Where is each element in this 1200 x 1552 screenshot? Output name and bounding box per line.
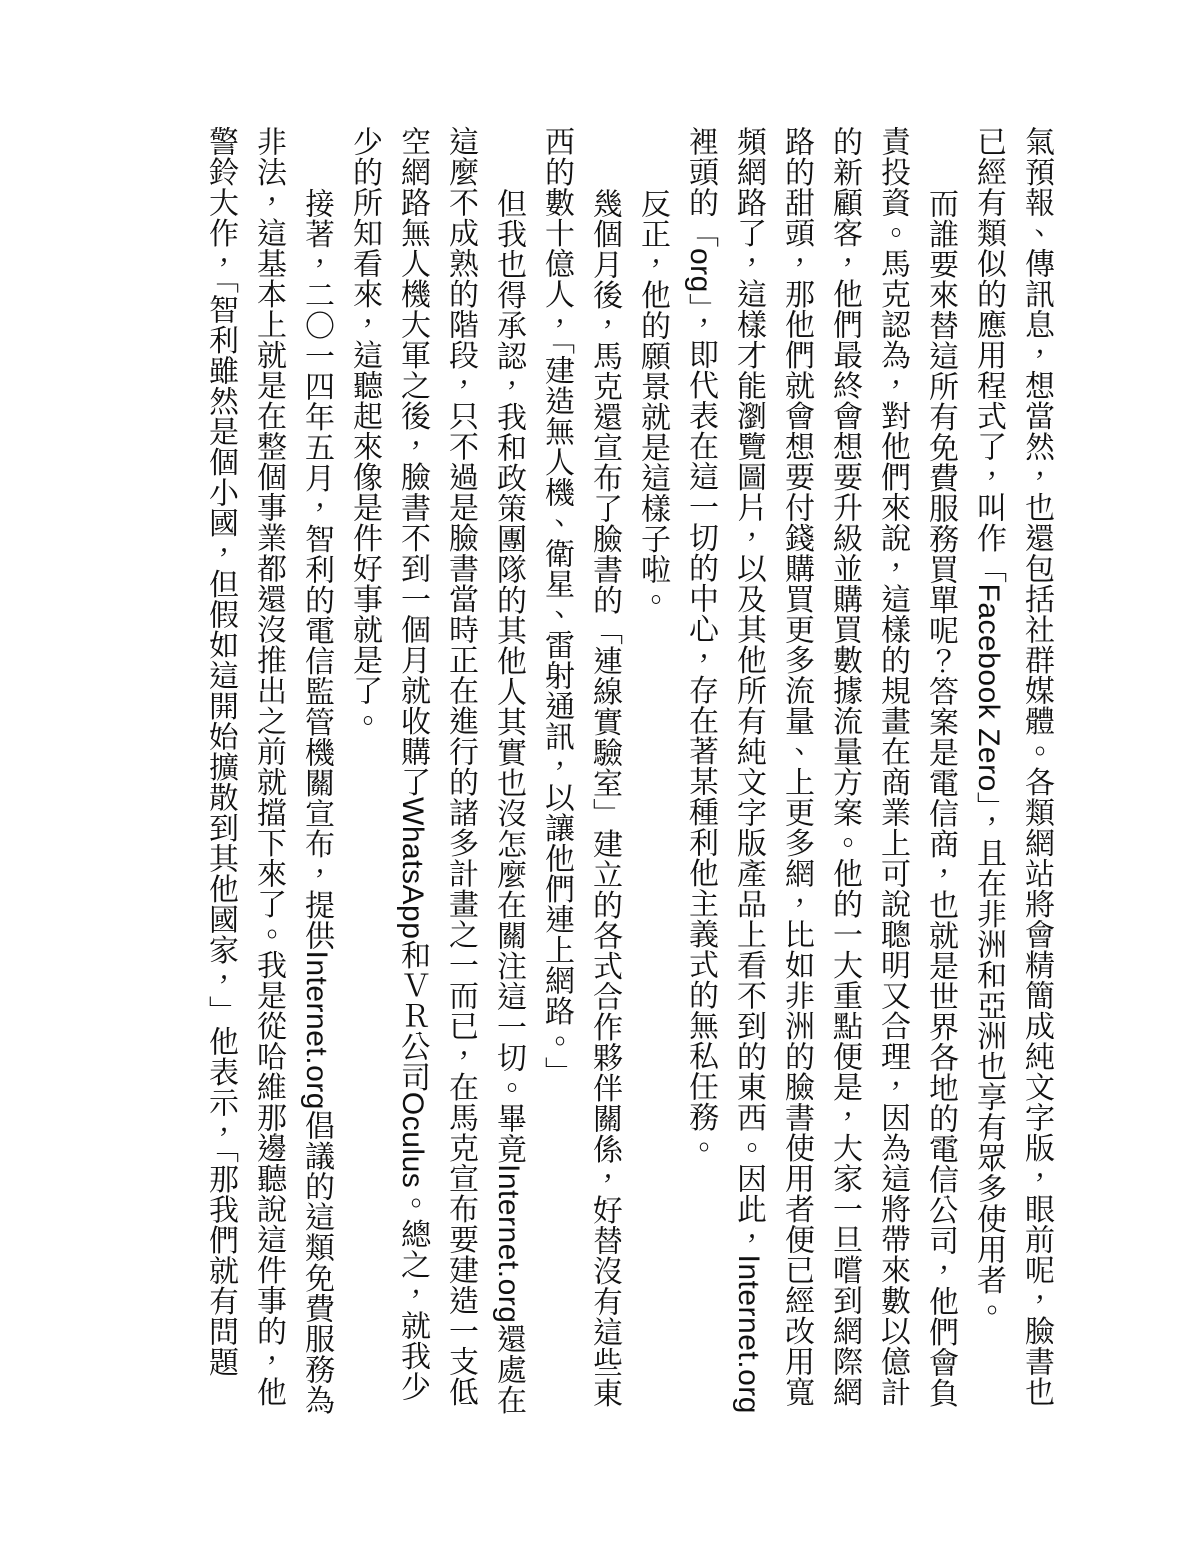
paragraph: 幾個月後，馬克還宣布了臉書的「連線實驗室」建立的各式合作夥伴關係，好替沒有這些東… bbox=[532, 126, 628, 1426]
paragraph: 而誰要來替這所有免費服務買單呢？答案是電信商，也就是世界各地的電信公司，他們會負… bbox=[676, 126, 964, 1426]
paragraph: 但我也得承認，我和政策團隊的其他人其實也沒怎麼在關注這一切。畢竟Internet… bbox=[340, 126, 532, 1426]
book-page: 氣預報、傳訊息，想當然，也還包括社群媒體。各類網站將會精簡成純文字版，眼前呢，臉… bbox=[0, 0, 1200, 1552]
paragraph: 氣預報、傳訊息，想當然，也還包括社群媒體。各類網站將會精簡成純文字版，眼前呢，臉… bbox=[964, 126, 1060, 1426]
paragraph: 反正，他的願景就是這樣子啦。 bbox=[628, 126, 676, 1426]
paragraph: 接著，二〇一四年五月，智利的電信監管機關宣布，提供Internet.org倡議的… bbox=[196, 126, 340, 1426]
vertical-text-block: 氣預報、傳訊息，想當然，也還包括社群媒體。各類網站將會精簡成純文字版，眼前呢，臉… bbox=[196, 126, 1060, 1426]
